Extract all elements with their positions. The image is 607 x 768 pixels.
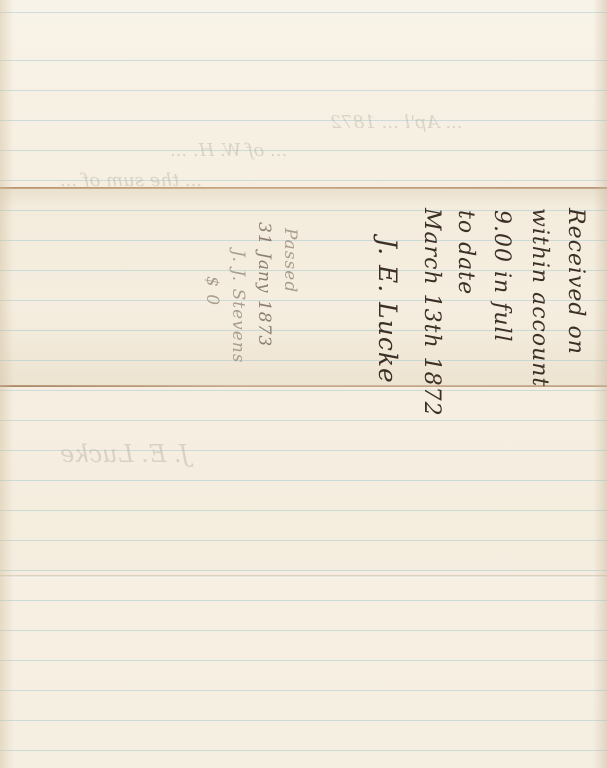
annotation-line: Passed bbox=[280, 228, 300, 293]
receipt-date: March 13th 1872 bbox=[419, 208, 444, 417]
fold-crease-middle bbox=[0, 385, 607, 387]
receipt-line: to date bbox=[453, 210, 478, 295]
left-edge-shading bbox=[0, 0, 14, 768]
receipt-line: within account bbox=[527, 208, 552, 387]
ruled-lines bbox=[0, 0, 607, 768]
right-edge-shading bbox=[593, 0, 607, 768]
fold-crease-lower bbox=[0, 575, 607, 578]
bleed-through-line: ... Ap'l ... 1872 bbox=[330, 112, 463, 133]
annotation-amount: $ 0 bbox=[202, 276, 222, 306]
receipt-amount: 9.00 in full bbox=[489, 210, 514, 343]
bleed-through-signature: J. E. Lucke bbox=[60, 440, 189, 468]
receipt-signature: J. E. Lucke bbox=[373, 238, 402, 384]
annotation-date: 31 Jany 1873 bbox=[254, 222, 274, 347]
bleed-through-line: ... the sum of ... bbox=[60, 170, 202, 191]
annotation-signature: J. J. Stevens bbox=[228, 250, 248, 363]
bleed-through-line: ... of W. H. ... bbox=[170, 140, 287, 161]
receipt-line: Received on bbox=[563, 208, 588, 355]
paper-sheet: ... Ap'l ... 1872 ... of W. H. ... ... t… bbox=[0, 0, 607, 768]
